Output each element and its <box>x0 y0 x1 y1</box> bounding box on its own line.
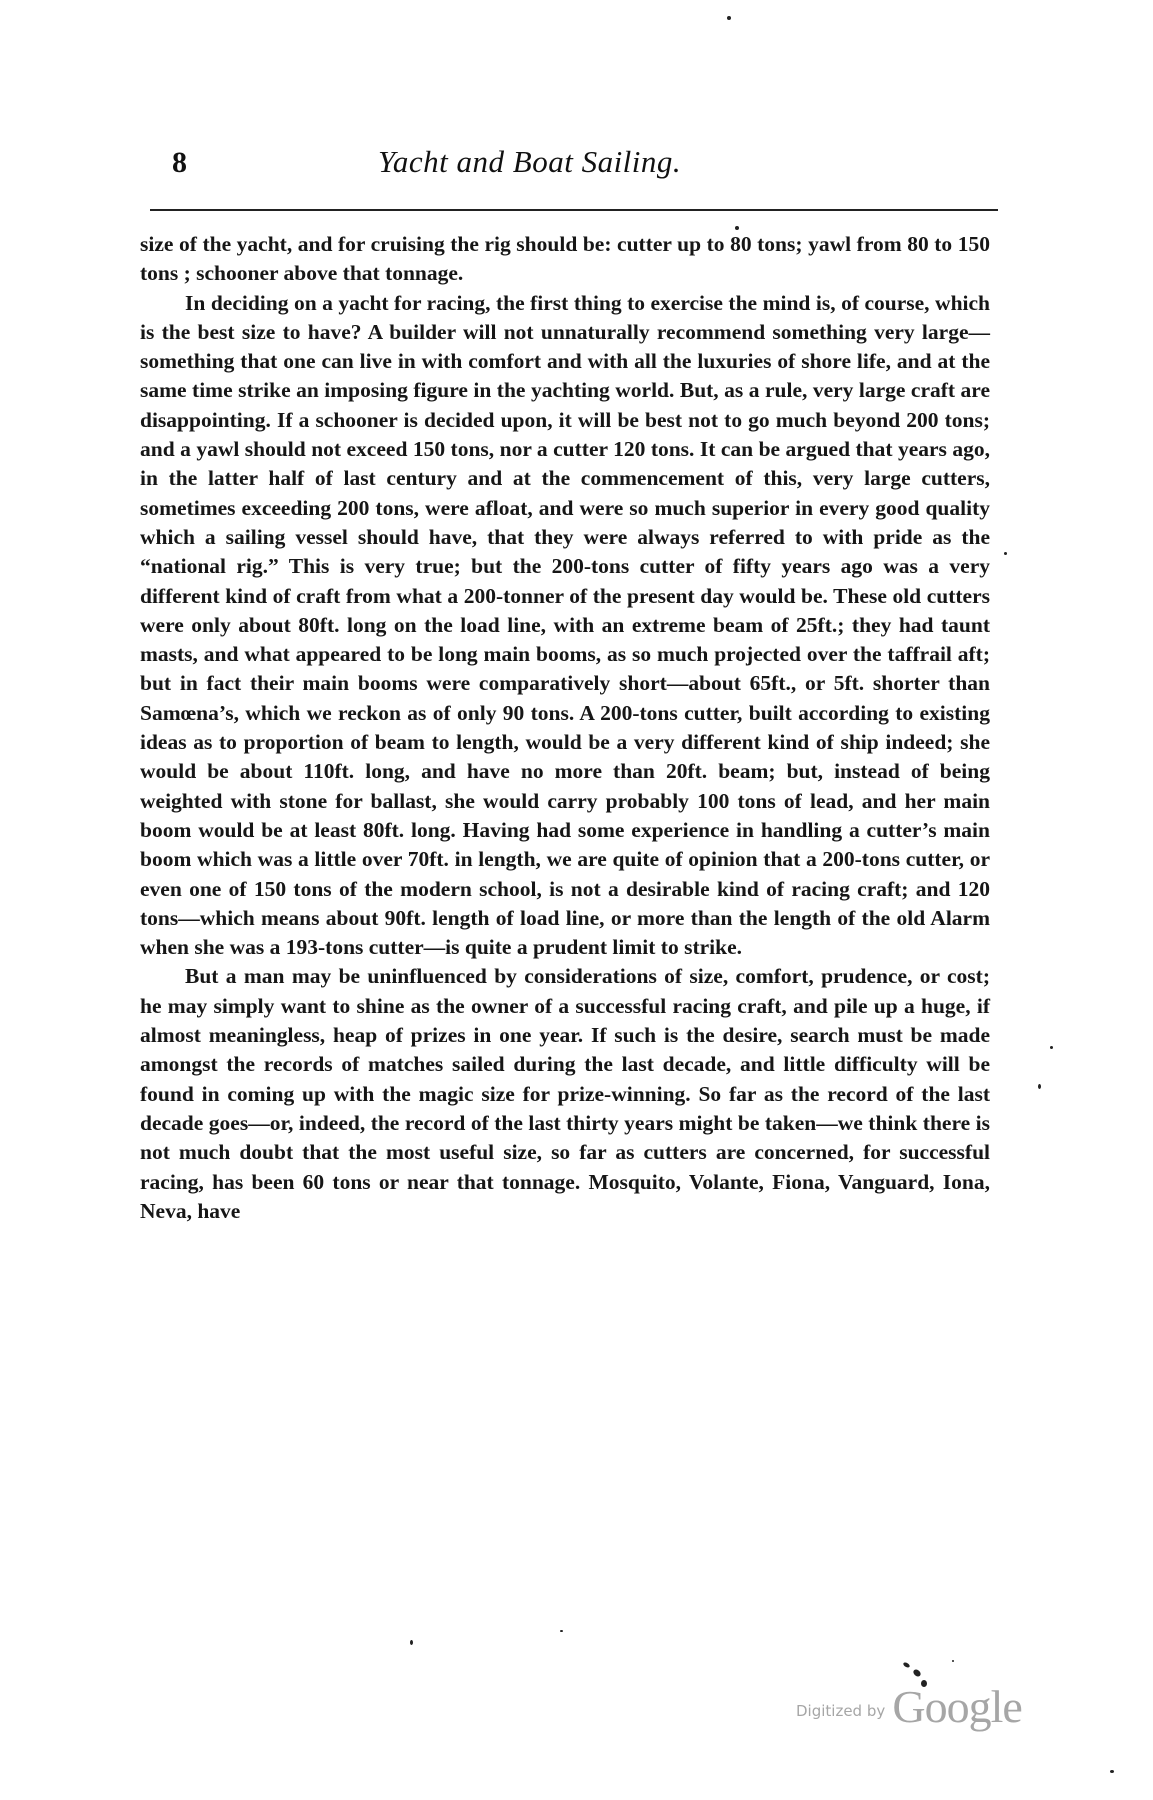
paragraph: But a man may be uninfluenced by conside… <box>140 962 990 1226</box>
paragraph-continuation: size of the yacht, and for cruising the … <box>140 230 990 289</box>
scan-speck <box>912 1668 922 1678</box>
scan-speck <box>727 16 731 20</box>
scan-speck <box>735 226 739 230</box>
scan-speck <box>902 1662 910 1669</box>
google-logo-text: Google <box>892 1681 1021 1732</box>
header-rule <box>150 209 998 211</box>
scan-speck <box>1004 552 1007 555</box>
scan-speck <box>952 1660 954 1662</box>
page-number: 8 <box>172 146 187 180</box>
scan-speck <box>1038 1084 1041 1089</box>
book-page: 8 Yacht and Boat Sailing. size of the ya… <box>0 0 1153 1800</box>
running-title: Yacht and Boat Sailing. <box>378 144 681 180</box>
paragraph: In deciding on a yacht for racing, the f… <box>140 289 990 963</box>
watermark-prefix: Digitized by <box>796 1702 885 1720</box>
scan-speck <box>1110 1770 1114 1773</box>
body-text: size of the yacht, and for cruising the … <box>140 230 990 1226</box>
scan-speck <box>1050 1046 1053 1049</box>
scan-speck <box>560 1630 563 1632</box>
scan-speck <box>410 1640 413 1645</box>
digitized-by-google-watermark: Digitized by Google <box>796 1680 1022 1733</box>
page-header: 8 Yacht and Boat Sailing. <box>140 138 900 188</box>
